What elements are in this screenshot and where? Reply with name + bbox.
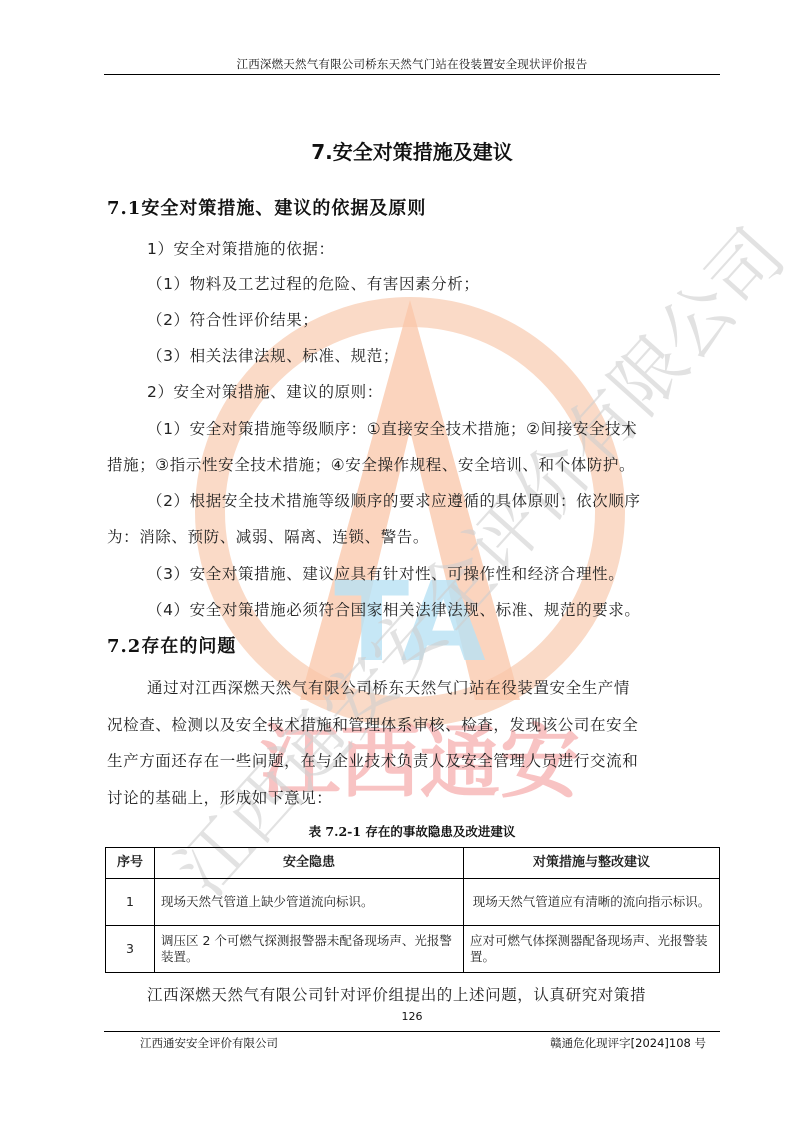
header-divider	[104, 74, 720, 75]
footer-report-number: 赣通危化现评字[2024]108 号	[550, 1035, 706, 1051]
hazard-cell: 现场天然气管道上缺少管道流向标识。	[155, 879, 464, 926]
body-paragraph-line: 讨论的基础上，形成如下意见：	[107, 786, 332, 808]
page-number: 126	[104, 1010, 720, 1023]
principle-2-line-2: 为：消除、预防、减弱、隔离、连锁、警告。	[107, 525, 429, 547]
row-number: 1	[106, 879, 155, 926]
principle-1-line-1: （1）安全对策措施等级顺序：①直接安全技术措施；②间接安全技术	[147, 417, 637, 439]
trailing-paragraph-line: 江西深燃天然气有限公司针对评价组提出的上述问题，认真研究对策措	[147, 983, 646, 1005]
hazard-cell: 调压区 2 个可燃气探测报警器未配备现场声、光报警装置。	[155, 926, 464, 973]
principle-1-line-2: 措施；③指示性安全技术措施；④安全操作规程、安全培训、和个体防护。	[107, 453, 635, 475]
body-paragraph-line: 生产方面还存在一些问题，在与企业技术负责人及安全管理人员进行交流和	[107, 749, 638, 771]
measure-cell: 现场天然气管道应有清晰的流向指示标识。	[464, 879, 720, 926]
column-header-number: 序号	[106, 848, 155, 879]
principle-4: （4）安全对策措施必须符合国家相关法律法规、标准、规范的要求。	[147, 598, 640, 620]
footer-divider	[104, 1031, 720, 1032]
hazards-table: 序号 安全隐患 对策措施与整改建议 1 现场天然气管道上缺少管道流向标识。 现场…	[105, 847, 720, 973]
measure-cell: 应对可燃气体探测器配备现场声、光报警装置。	[464, 926, 720, 973]
running-header: 江西深燃天然气有限公司桥东天然气门站在役装置安全现状评价报告	[104, 56, 720, 72]
footer-company: 江西通安安全评价有限公司	[140, 1035, 278, 1051]
basis-item: （1）物料及工艺过程的危险、有害因素分析；	[147, 272, 479, 294]
principle-3: （3）安全对策措施、建议应具有针对性、可操作性和经济合理性。	[147, 562, 624, 584]
chapter-title: 7.安全对策措施及建议	[104, 136, 720, 165]
body-paragraph-line: 况检查、检测以及安全技术措施和管理体系审核、检查，发现该公司在安全	[107, 713, 638, 735]
column-header-hazard: 安全隐患	[155, 848, 464, 879]
basis-item: （3）相关法律法规、标准、规范；	[147, 344, 399, 366]
document-page: TA 江西通安 江西通安安全评价有限公司 江西深燃天然气有限公司桥东天然气门站在…	[0, 0, 793, 1122]
row-number: 3	[106, 926, 155, 973]
principle-2-line-1: （2）根据安全技术措施等级顺序的要求应遵循的具体原则：依次顺序	[147, 489, 640, 511]
section-heading-7-1: 7.1安全对策措施、建议的依据及原则	[107, 194, 426, 220]
principles-label: 2）安全对策措施、建议的原则：	[147, 380, 383, 402]
basis-label: 1）安全对策措施的依据：	[147, 237, 335, 259]
column-header-measure: 对策措施与整改建议	[464, 848, 720, 879]
table-row: 1 现场天然气管道上缺少管道流向标识。 现场天然气管道应有清晰的流向指示标识。	[106, 879, 720, 926]
basis-item: （2）符合性评价结果；	[147, 308, 318, 330]
table-row: 3 调压区 2 个可燃气探测报警器未配备现场声、光报警装置。 应对可燃气体探测器…	[106, 926, 720, 973]
body-paragraph-line: 通过对江西深燃天然气有限公司桥东天然气门站在役装置安全生产情	[147, 676, 630, 698]
table-caption: 表 7.2-1 存在的事故隐患及改进建议	[104, 822, 720, 840]
section-heading-7-2: 7.2存在的问题	[107, 632, 236, 658]
